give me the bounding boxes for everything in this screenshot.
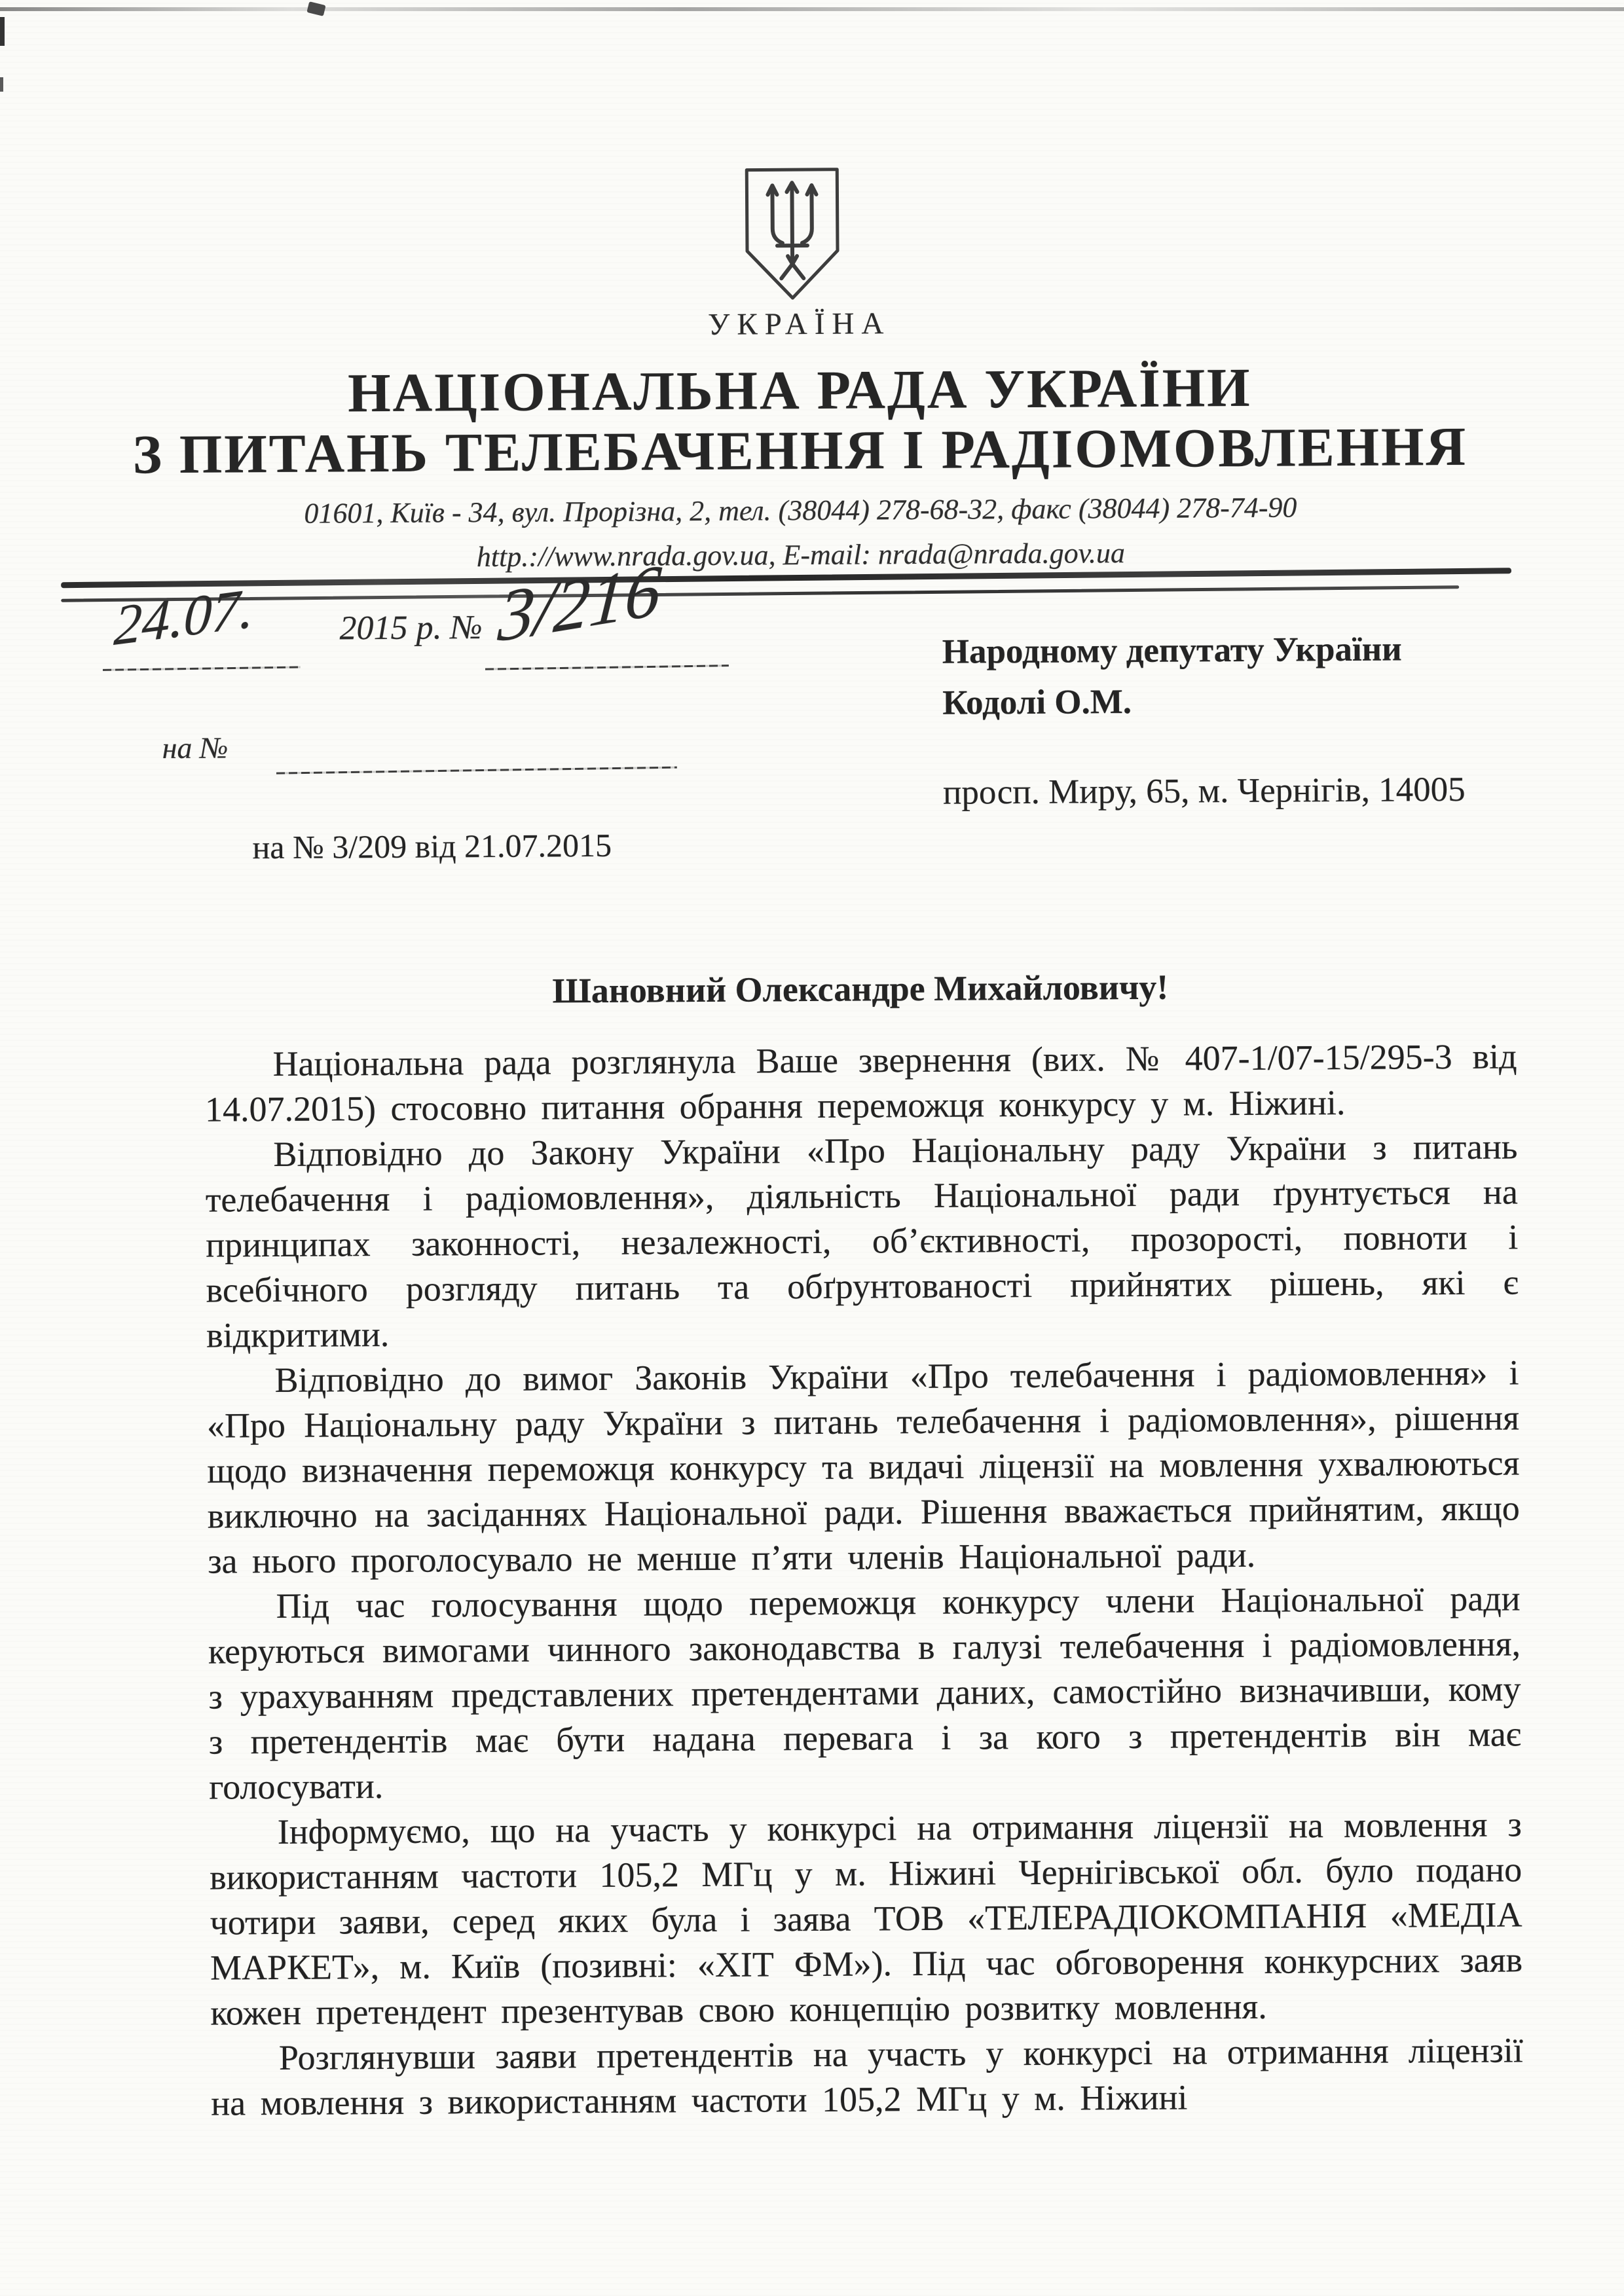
letter-paragraph: Розглянувши заяви претендентів на участь…: [211, 2028, 1524, 2126]
salutation: Шановний Олександре Михайловичу!: [204, 964, 1517, 1013]
country-name: УКРАЇНА: [0, 302, 1602, 347]
incoming-ref-label: на №: [162, 730, 228, 765]
header-rule-secondary: [61, 585, 1459, 602]
scan-content: УКРАЇНА НАЦІОНАЛЬНА РАДА УКРАЇНИ З ПИТАН…: [0, 0, 1624, 2296]
letter-paragraph: Відповідно до Закону України «Про Націон…: [205, 1124, 1519, 1358]
recipient-block: Народному депутату України Кодолі О.М.: [942, 623, 1403, 728]
letter-paragraph: Національна рада розглянула Ваше звернен…: [204, 1034, 1517, 1132]
outgoing-date-underline: [103, 666, 301, 670]
outgoing-year-label: 2015 р. №: [339, 608, 482, 647]
recipient-name: Кодолі О.М.: [942, 674, 1402, 728]
reply-reference: на № 3/209 від 21.07.2015: [252, 826, 612, 866]
recipient-address: просп. Миру, 65, м. Чернігів, 14005: [943, 770, 1466, 812]
scanned-letter-page: УКРАЇНА НАЦІОНАЛЬНА РАДА УКРАЇНИ З ПИТАН…: [0, 0, 1624, 2296]
letter-paragraph: Інформуємо, що на участь у конкурсі на о…: [210, 1802, 1523, 2035]
recipient-title: Народному депутату України: [942, 623, 1402, 677]
ukraine-trident-emblem-icon: [737, 165, 847, 304]
org-name-line-2: З ПИТАНЬ ТЕЛЕБАЧЕННЯ І РАДІОМОВЛЕННЯ: [0, 414, 1602, 488]
incoming-ref-underline: [276, 767, 677, 774]
letter-body: Національна рада розглянула Ваше звернен…: [204, 1034, 1523, 2126]
letter-paragraph: Під час голосування щодо переможця конку…: [208, 1576, 1521, 1810]
letter-paragraph: Відповідно до вимог Законів України «Про…: [206, 1350, 1520, 1584]
org-address: 01601, Київ - 34, вул. Прорізна, 2, тел.…: [0, 489, 1603, 532]
outgoing-number-underline: [485, 665, 729, 670]
